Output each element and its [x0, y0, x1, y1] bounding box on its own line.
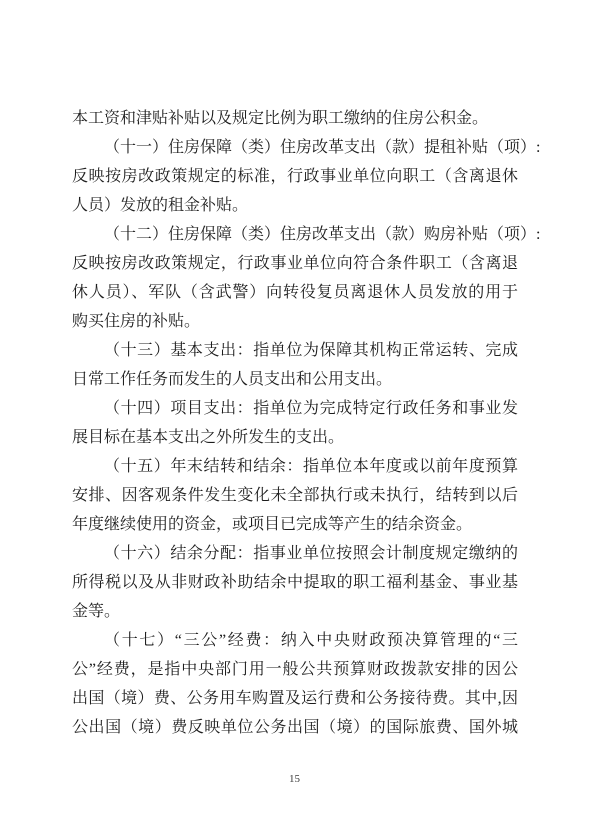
text-line: 本工资和津贴补贴以及规定比例为职工缴纳的住房公积金。	[72, 104, 518, 133]
text-line: （十七）“三公”经费：纳入中央财政预决算管理的“三	[72, 626, 518, 655]
text-line: 展目标在基本支出之外所发生的支出。	[72, 423, 518, 452]
text-line: 购买住房的补贴。	[72, 307, 518, 336]
page-number: 15	[0, 772, 589, 786]
text-line: 金等。	[72, 597, 518, 626]
text-line: 公出国（境）费反映单位公务出国（境）的国际旅费、国外城	[72, 713, 518, 742]
text-line: 日常工作任务而发生的人员支出和公用支出。	[72, 365, 518, 394]
text-line: （十三）基本支出：指单位为保障其机构正常运转、完成	[72, 336, 518, 365]
text-line: 出国（境）费、公务用车购置及运行费和公务接待费。其中,因	[72, 684, 518, 713]
text-line: （十一）住房保障（类）住房改革支出（款）提租补贴（项）:	[72, 133, 518, 162]
text-line: 年度继续使用的资金，或项目已完成等产生的结余资金。	[72, 510, 518, 539]
text-line: 休人员）、军队（含武警）向转役复员离退休人员发放的用于	[72, 278, 518, 307]
document-text: 本工资和津贴补贴以及规定比例为职工缴纳的住房公积金。（十一）住房保障（类）住房改…	[72, 104, 518, 742]
text-line: 所得税以及从非财政补助结余中提取的职工福利基金、事业基	[72, 568, 518, 597]
text-line: （十四）项目支出：指单位为完成特定行政任务和事业发	[72, 394, 518, 423]
document-page: 本工资和津贴补贴以及规定比例为职工缴纳的住房公积金。（十一）住房保障（类）住房改…	[0, 0, 589, 838]
text-line: （十六）结余分配：指事业单位按照会计制度规定缴纳的	[72, 539, 518, 568]
text-line: 反映按房改政策规定的标准，行政事业单位向职工（含离退休	[72, 162, 518, 191]
text-line: 公”经费，是指中央部门用一般公共预算财政拨款安排的因公	[72, 655, 518, 684]
text-line: （十五）年末结转和结余：指单位本年度或以前年度预算	[72, 452, 518, 481]
text-line: （十二）住房保障（类）住房改革支出（款）购房补贴（项）:	[72, 220, 518, 249]
text-line: 反映按房改政策规定，行政事业单位向符合条件职工（含离退	[72, 249, 518, 278]
text-line: 安排、因客观条件发生变化未全部执行或未执行，结转到以后	[72, 481, 518, 510]
text-line: 人员）发放的租金补贴。	[72, 191, 518, 220]
